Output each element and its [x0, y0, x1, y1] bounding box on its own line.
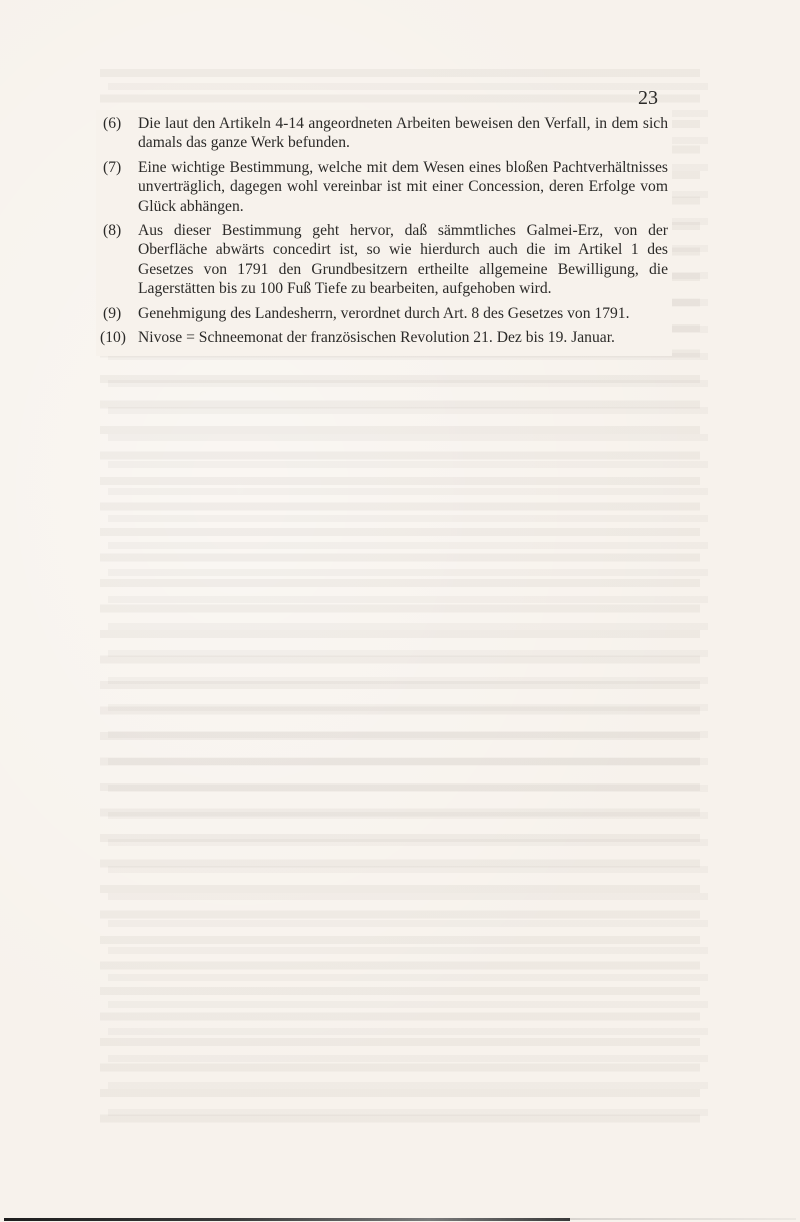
footnote-text: Genehmigung des Landesherrn, verordnet d…: [138, 304, 668, 323]
footnote-6: (6) Die laut den Artikeln 4-14 angeordne…: [100, 114, 668, 153]
footnote-8: (8) Aus dieser Bestimmung geht hervor, d…: [100, 221, 668, 299]
footnote-text: Die laut den Artikeln 4-14 angeordneten …: [138, 114, 668, 153]
page-number: 23: [638, 87, 658, 109]
footnote-number: (8): [100, 221, 138, 240]
page-bottom-edge: [0, 1217, 800, 1222]
footnote-number: (9): [100, 304, 138, 323]
scan-shadow-strip: [4, 1218, 570, 1221]
footnote-10: (10) Nivose = Schneemonat der französisc…: [100, 328, 668, 347]
scan-light-strip: [570, 1218, 796, 1220]
footnote-text: Aus dieser Bestimmung geht hervor, daß s…: [138, 221, 668, 299]
document-page: 23 (6) Die laut den Artikeln 4-14 angeor…: [0, 0, 800, 1222]
footnote-text: Nivose = Schneemonat der französischen R…: [138, 328, 668, 347]
footnote-9: (9) Genehmigung des Landesherrn, verordn…: [100, 304, 668, 323]
footnotes: (6) Die laut den Artikeln 4-14 angeordne…: [100, 114, 668, 352]
footnote-number: (10): [100, 328, 138, 347]
footnote-7: (7) Eine wichtige Bestimmung, welche mit…: [100, 158, 668, 216]
footnote-text: Eine wichtige Bestimmung, welche mit dem…: [138, 158, 668, 216]
footnote-number: (7): [100, 158, 138, 177]
footnote-number: (6): [100, 114, 138, 133]
